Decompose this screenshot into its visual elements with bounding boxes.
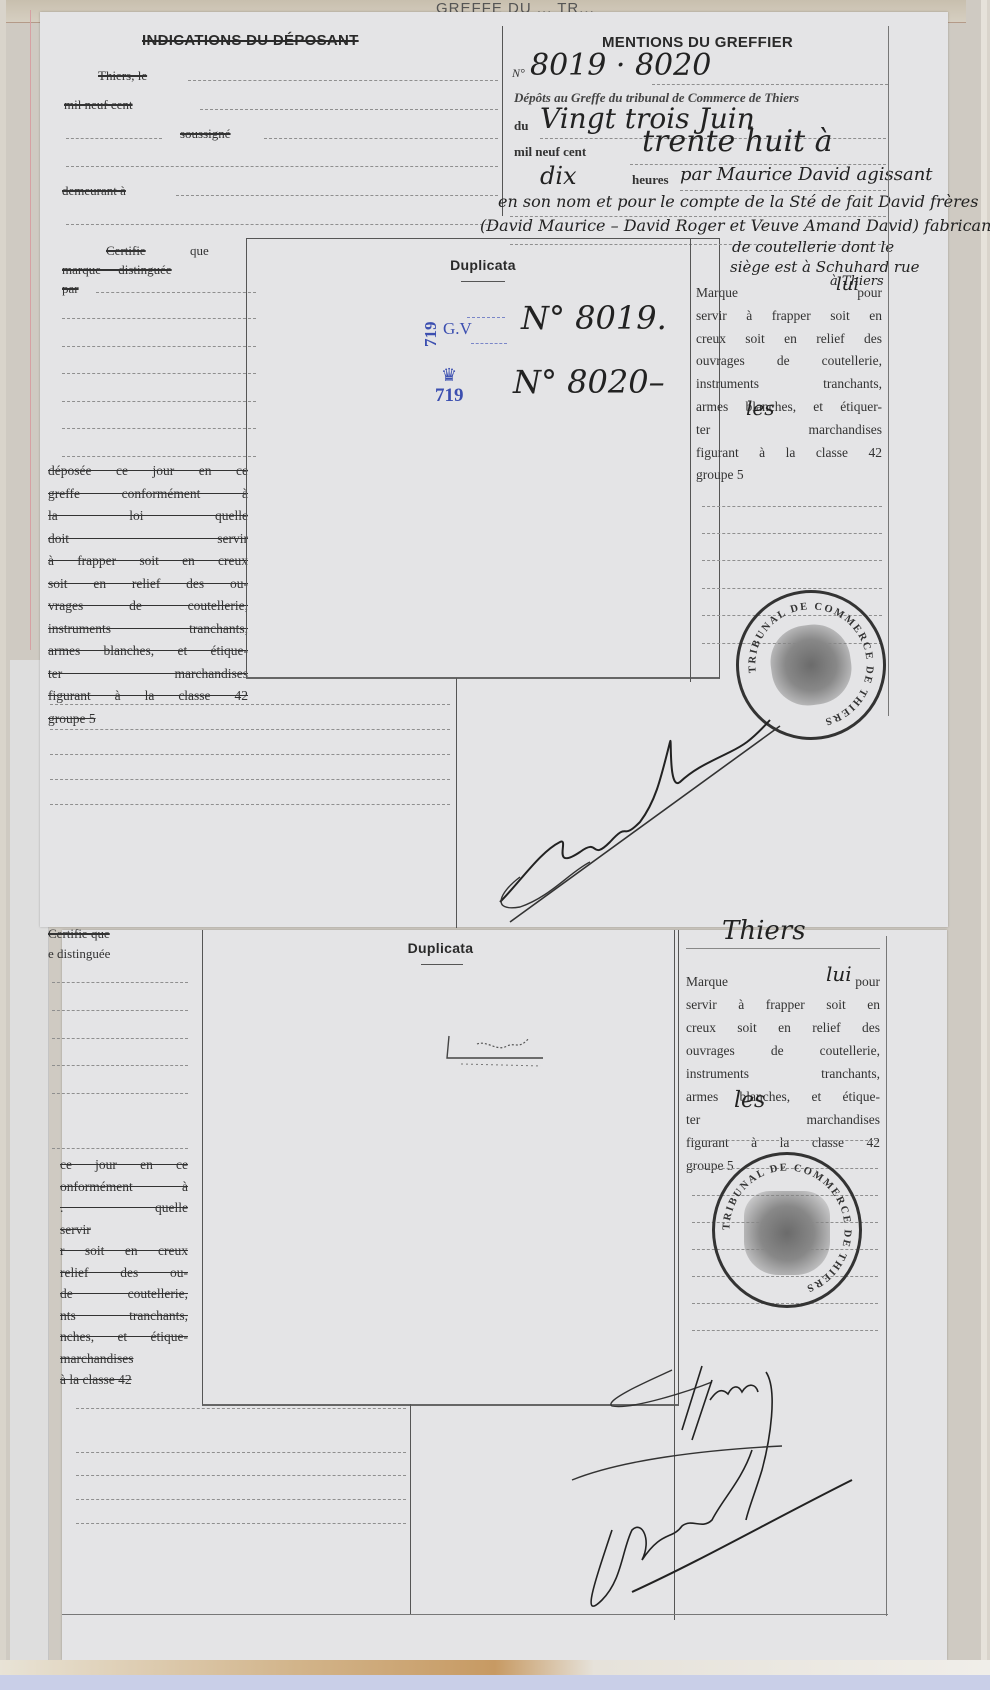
paragraph-line: déposée ce jour en ce xyxy=(48,460,248,483)
mark-distinguished-label-2: e distinguée xyxy=(48,946,110,962)
paragraph-line: instruments tranchants, xyxy=(686,1062,880,1085)
blank-line xyxy=(52,1038,188,1039)
paragraph-line: armes blanches, et étique- xyxy=(686,1085,880,1108)
paragraph-line: nts tranchants, xyxy=(60,1305,188,1327)
field-place-label: Thiers, le xyxy=(98,68,147,84)
paragraph-line: la loi quelle xyxy=(48,505,248,528)
hand-insert-les: les xyxy=(746,396,775,420)
paragraph-line: armes blanches, et étiquer- xyxy=(696,396,882,419)
paragraph-line: ter marchandises xyxy=(696,419,882,442)
right-box-right-border xyxy=(888,26,889,716)
blank-line xyxy=(50,729,450,730)
hand-insert-lui: lui xyxy=(836,274,859,295)
handwritten-line-1: par Maurice David agissant xyxy=(680,164,933,185)
paragraph-line: armes blanches, et étique- xyxy=(48,640,248,663)
header-line xyxy=(686,948,880,949)
paragraph-line: soit en relief des ou- xyxy=(48,573,248,596)
paragraph-line: ter marchandises xyxy=(686,1108,880,1131)
paragraph-line: ouvrages de coutellerie, xyxy=(686,1039,880,1062)
stamp-number: 719 xyxy=(435,385,464,407)
par-label: par xyxy=(62,281,79,297)
registry-number: 8019 · 8020 xyxy=(530,48,711,83)
blank-line[interactable] xyxy=(62,428,256,429)
field-place-line[interactable] xyxy=(188,80,498,81)
paragraph-line: . quelle xyxy=(60,1197,188,1219)
stamp-rule xyxy=(467,317,505,318)
blank-line xyxy=(50,804,450,805)
column-divider xyxy=(502,26,503,216)
paragraph-line: figurant à la classe 42 xyxy=(696,442,882,465)
paragraph-line: marchandises xyxy=(60,1348,188,1370)
blank-line[interactable] xyxy=(62,401,256,402)
background-surface xyxy=(0,1675,990,1690)
certify-label-2: Certifie que xyxy=(48,926,110,942)
paragraph-line: nches, et étique- xyxy=(60,1326,188,1348)
blank-line xyxy=(50,704,450,705)
mark-distinguished-label: marque distinguée xyxy=(62,262,172,278)
entry-number-2: N° 8020– xyxy=(513,363,665,401)
handwritten-line-2: en son nom et pour le compte de la Sté d… xyxy=(498,192,978,211)
paragraph-line: instruments tranchants, xyxy=(696,373,882,396)
hours-label: heures xyxy=(632,172,669,188)
stamp-letters: G.V xyxy=(443,319,472,339)
blank-line xyxy=(52,982,188,983)
no-label: N° xyxy=(512,66,525,81)
paragraph-line: greffe conformément à xyxy=(48,483,248,506)
paragraph-line: figurant à la classe 42 xyxy=(686,1131,880,1154)
right-box-right-border-2 xyxy=(886,936,887,1616)
duplicata-box: Duplicata 719 G.V N° 8019. ♛ 719 N° 8020… xyxy=(246,238,720,679)
registry-number-line xyxy=(652,84,888,85)
entry-number-1: N° 8019. xyxy=(521,299,667,337)
duplicata-title-2: Duplicata xyxy=(203,940,678,956)
blank-line[interactable] xyxy=(62,373,256,374)
paragraph-line: onformément à xyxy=(60,1176,188,1198)
year-value: trente huit à xyxy=(642,124,833,159)
certify-que-label: que xyxy=(190,243,209,259)
lower-divider xyxy=(456,678,457,928)
paragraph-line: creux soit en relief des xyxy=(686,1016,880,1039)
blank-line xyxy=(52,1148,188,1149)
blank-line xyxy=(702,506,882,507)
field-undersigned-label: soussigné xyxy=(180,126,231,142)
field-name-line[interactable] xyxy=(66,138,162,139)
red-margin-line xyxy=(30,10,31,650)
field-year-label: mil neuf cent xyxy=(64,97,133,113)
hand-insert-lui-2: lui xyxy=(826,962,852,986)
blank-line[interactable] xyxy=(62,318,256,319)
blank-line xyxy=(50,779,450,780)
blank-line xyxy=(702,533,882,534)
paragraph-line: instruments tranchants, xyxy=(48,618,248,641)
blank-line[interactable] xyxy=(96,292,256,293)
hand-insert-les-2: les xyxy=(734,1088,765,1113)
hours-line xyxy=(680,190,886,191)
paragraph-line: groupe 5 xyxy=(696,464,882,487)
stamp-rule xyxy=(471,343,507,344)
paragraph-line: creux soit en relief des xyxy=(696,328,882,351)
blank-line xyxy=(76,1475,406,1476)
duplicata-title: Duplicata xyxy=(247,257,719,273)
crown-icon: ♛ xyxy=(441,365,457,386)
stamp-number-vertical: 719 xyxy=(421,322,441,348)
blank-line xyxy=(50,754,450,755)
left-legal-paragraph: déposée ce jour en cegreffe conformément… xyxy=(48,460,248,730)
field-undersigned-line[interactable] xyxy=(264,138,498,139)
court-seal-2: TRIBUNAL DE COMMERCE DE THIERS xyxy=(712,1152,862,1308)
blank-line xyxy=(76,1499,406,1500)
signature-depositor xyxy=(480,702,800,932)
right-box-left-border xyxy=(690,238,691,682)
form-sheet-1: INDICATIONS DU DÉPOSANT MENTIONS DU GREF… xyxy=(40,12,948,927)
blank-line xyxy=(52,1093,188,1094)
paragraph-line: groupe 5 xyxy=(48,708,248,731)
paragraph-line: r soit en creux xyxy=(60,1240,188,1262)
handwritten-line-3: (David Maurice – David Roger et Veuve Am… xyxy=(480,216,990,235)
paragraph-line: ouvrages de coutellerie, xyxy=(696,350,882,373)
svg-text:TRIBUNAL DE COMMERCE DE THIERS: TRIBUNAL DE COMMERCE DE THIERS xyxy=(721,1162,853,1294)
blank-line[interactable] xyxy=(62,346,256,347)
right-legal-paragraph: Marque pourservir à frapper soit encreux… xyxy=(696,282,882,487)
paragraph-line: à la classe 42 xyxy=(60,1369,188,1391)
left-heading: INDICATIONS DU DÉPOSANT xyxy=(142,32,359,49)
paragraph-line: de coutellerie, xyxy=(60,1283,188,1305)
paragraph-line: servir à frapper soit en xyxy=(686,993,880,1016)
field-residing-label: demeurant à xyxy=(62,183,126,199)
paragraph-line: vrages de coutellerie, xyxy=(48,595,248,618)
hour-value: dix xyxy=(540,162,577,190)
lower-divider-2 xyxy=(410,1404,411,1614)
field-blank-line[interactable] xyxy=(66,166,498,167)
du-label: du xyxy=(514,118,528,134)
faint-stamp-mark xyxy=(443,1030,553,1080)
year-label: mil neuf cent xyxy=(514,144,586,160)
paragraph-line: servir à frapper soit en xyxy=(696,305,882,328)
left-legal-paragraph-2: ce jour en ceonformément à. quelleservir… xyxy=(60,1154,188,1391)
field-residing-line[interactable] xyxy=(176,195,498,196)
right-header-handwriting: Thiers xyxy=(722,916,806,946)
signature-registrar xyxy=(542,1330,862,1620)
blank-line xyxy=(692,1140,878,1141)
field-blank-line-2[interactable] xyxy=(66,224,498,225)
blank-line xyxy=(52,1010,188,1011)
paragraph-line: à frapper soit en creux xyxy=(48,550,248,573)
right-legal-paragraph-2: Marque pourservir à frapper soit encreux… xyxy=(686,970,880,1177)
blank-line[interactable] xyxy=(62,456,256,457)
field-year-line[interactable] xyxy=(200,109,498,110)
paragraph-line: ter marchandises xyxy=(48,663,248,686)
duplicata-underline xyxy=(461,281,505,282)
form-sheet-2: Certifie que e distinguée ce jour en ceo… xyxy=(62,930,947,1660)
blank-line xyxy=(76,1408,406,1409)
handwritten-line-5: siège est à Schuhard rue xyxy=(730,258,920,276)
certify-label: Certifie xyxy=(106,243,146,259)
blank-line xyxy=(76,1523,406,1524)
paragraph-line: servir xyxy=(60,1219,188,1241)
paragraph-line: relief des ou- xyxy=(60,1262,188,1284)
blank-line xyxy=(52,1065,188,1066)
paragraph-line: ce jour en ce xyxy=(60,1154,188,1176)
blank-line xyxy=(76,1452,406,1453)
handwritten-line-4: de coutellerie dont le xyxy=(732,238,894,256)
paragraph-line: doit servir xyxy=(48,528,248,551)
duplicata-underline xyxy=(421,964,463,965)
blank-line xyxy=(702,560,882,561)
